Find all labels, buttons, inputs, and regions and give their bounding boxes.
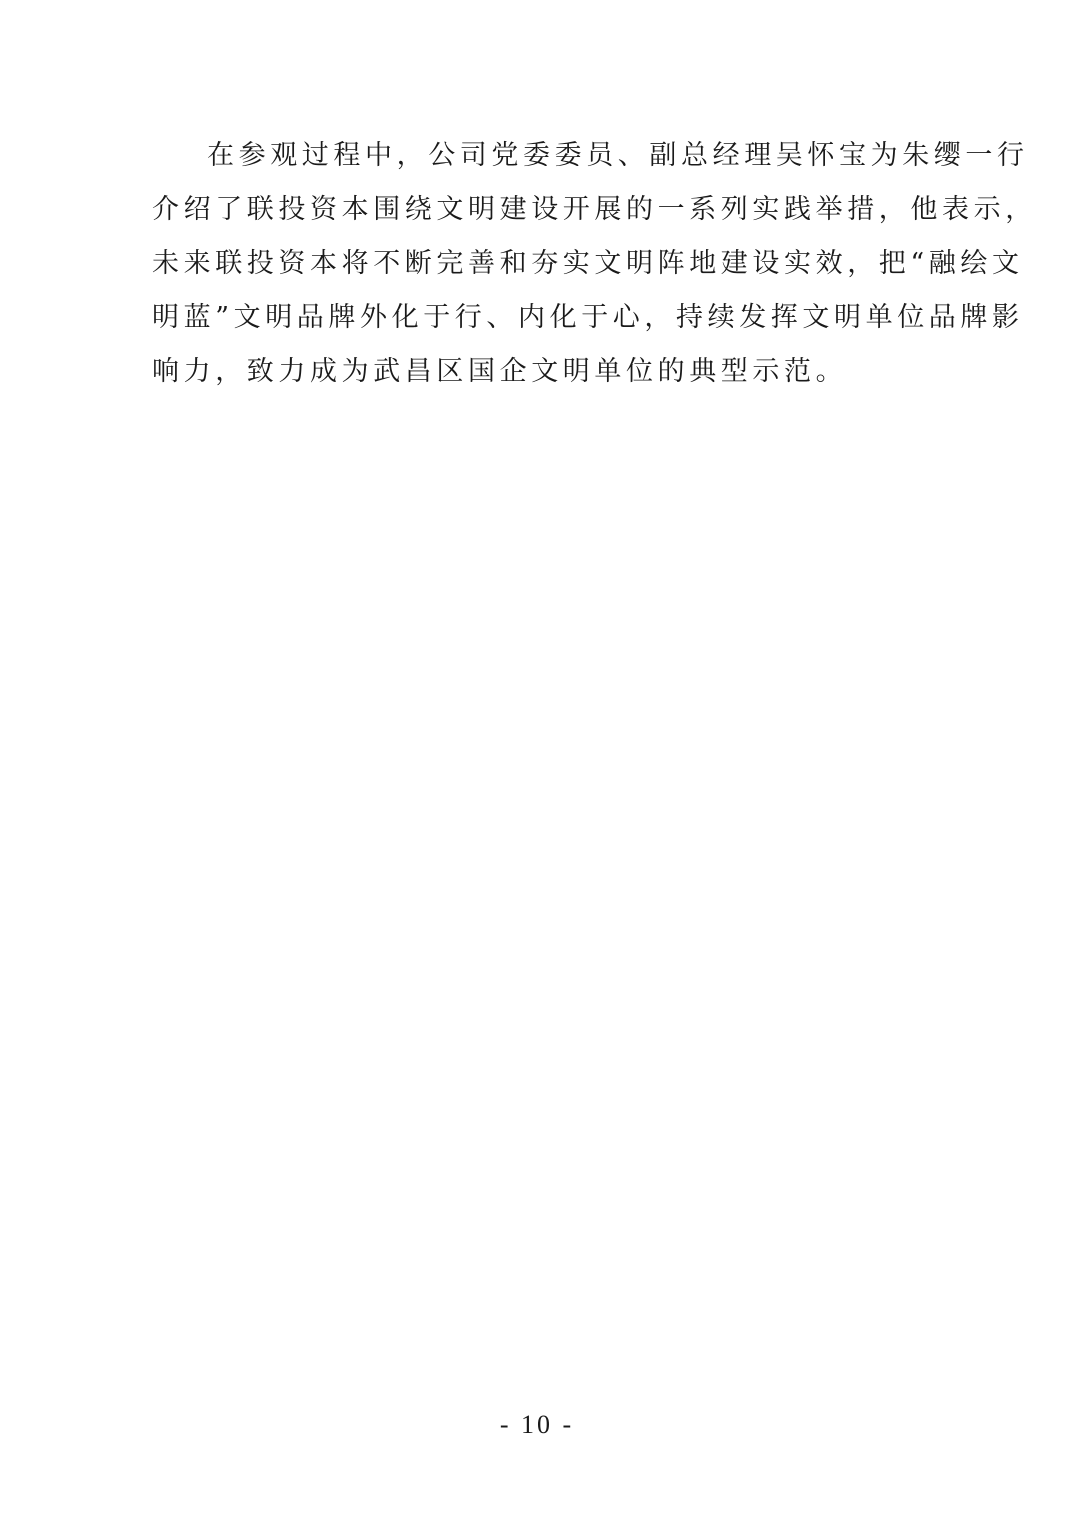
paragraph-line-1: 在参观过程中，公司党委委员、副总经理吴怀宝为朱缨一行 xyxy=(152,133,924,187)
body-paragraph: 在参观过程中，公司党委委员、副总经理吴怀宝为朱缨一行 介绍了联投资本围绕文明建设… xyxy=(152,133,924,403)
document-page: 在参观过程中，公司党委委员、副总经理吴怀宝为朱缨一行 介绍了联投资本围绕文明建设… xyxy=(0,0,1074,1520)
paragraph-line-4: 明蓝”文明品牌外化于行、内化于心，持续发挥文明单位品牌影 xyxy=(152,295,924,349)
paragraph-line-3: 未来联投资本将不断完善和夯实文明阵地建设实效，把“融绘文 xyxy=(152,241,924,295)
paragraph-line-5: 响力，致力成为武昌区国企文明单位的典型示范。 xyxy=(152,349,924,403)
paragraph-line-2: 介绍了联投资本围绕文明建设开展的一系列实践举措，他表示， xyxy=(152,187,924,241)
page-number: - 10 - xyxy=(0,1410,1074,1440)
